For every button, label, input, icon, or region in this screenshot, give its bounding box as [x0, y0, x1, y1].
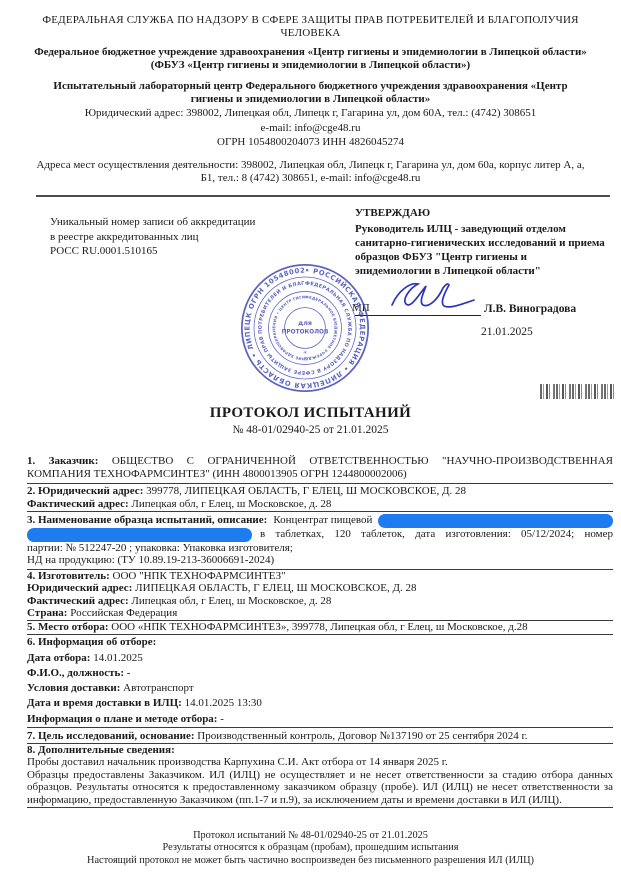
accreditation-line: в реестре аккредитованных лиц [50, 230, 300, 245]
field-label: Условия доставки: [27, 682, 120, 694]
field-value: Липецкая обл, г Елец, ш Московское, д. 2… [131, 595, 331, 607]
section-sampling-place: 5. Место отбора: ООО «НПК ТЕХНОФАРМСИНТЕ… [27, 621, 613, 636]
section-purpose: 7. Цель исследований, основание: Произво… [27, 728, 613, 744]
field-label: 2. Юридический адрес: [27, 485, 143, 497]
section-manufacturer: 4. Изготовитель: ООО "НПК ТЕХНОФАРМСИНТЕ… [27, 570, 613, 621]
field-value: (ТУ 10.89.19-213-36006691-2024) [118, 554, 275, 566]
sections-area: 1. Заказчик: ОБЩЕСТВО С ОГРАНИЧЕННОЙ ОТВ… [27, 453, 613, 808]
section-heading: 8. Дополнительные сведения: [27, 744, 613, 756]
field-value: 14.01.2025 [93, 652, 143, 664]
document-header: ФЕДЕРАЛЬНАЯ СЛУЖБА ПО НАДЗОРУ В СФЕРЕ ЗА… [0, 0, 621, 197]
field-value: ЛИПЕЦКАЯ ОБЛАСТЬ, Г ЕЛЕЦ, Ш МОСКОВСКОЕ, … [135, 582, 416, 594]
field-row: Информация о плане и методе отбора: - [27, 712, 613, 727]
section-sampling-info: 6. Информация об отборе: Дата отбора: 14… [27, 635, 613, 728]
field-label: Страна: [27, 607, 67, 619]
svg-text:ФЕДЕРАЛЬНОЕ БЮДЖЕТНОЕ УЧРЕЖДЕН: ФЕДЕРАЛЬНОЕ БЮДЖЕТНОЕ УЧРЕЖДЕНИЕ ЗДРАВОО… [237, 260, 339, 362]
stamp-center-line2: ПРОТОКОЛОВ [282, 329, 329, 335]
svg-text:ФЕДЕРАЛЬНАЯ СЛУЖБА ПО НАДЗОРУ: ФЕДЕРАЛЬНАЯ СЛУЖБА ПО НАДЗОРУ В СФЕРЕ ЗА… [237, 260, 352, 375]
stamp-star: ✳ [303, 350, 307, 356]
field-row: 2. Юридический адрес: 399778, ЛИПЕЦКАЯ О… [27, 485, 613, 498]
approver-position: Руководитель ИЛЦ - заведующий отделом са… [355, 222, 605, 278]
field-value: Липецкая обл, г Елец, ш Московское, д. 2… [131, 498, 331, 510]
field-label: НД на продукцию: [27, 554, 115, 566]
approver-name: Л.В. Виноградова [484, 303, 576, 315]
field-row: Пробы доставил начальник производства Ка… [27, 756, 613, 768]
stamp-ring-inner-text: ФЕДЕРАЛЬНОЕ БЮДЖЕТНОЕ УЧРЕЖДЕНИЕ ЗДРАВОО… [237, 260, 339, 362]
legal-address: Юридический адрес: 398002, Липецкая обл,… [30, 107, 591, 121]
approval-block: УТВЕРЖДАЮ Руководитель ИЛЦ - заведующий … [355, 206, 605, 278]
footer-line: Настоящий протокол не может быть частичн… [0, 855, 621, 867]
field-label: Фактический адрес: [27, 595, 129, 607]
document-number: № 48-01/02940-25 от 21.01.2025 [0, 424, 621, 436]
field-label: Юридический адрес: [27, 582, 132, 594]
field-label: Ф.И.О., должность: [27, 667, 124, 679]
field-row: Дата отбора: 14.01.2025 [27, 651, 613, 666]
field-row: партии: № 512247-20 ; упаковка: Упаковка… [27, 542, 613, 555]
field-row: 4. Изготовитель: ООО "НПК ТЕХНОФАРМСИНТЕ… [27, 570, 613, 582]
field-row: Страна: Российская Федерация [27, 607, 613, 619]
title-block: ПРОТОКОЛ ИСПЫТАНИЙ № 48-01/02940-25 от 2… [0, 405, 621, 436]
field-value: Автотранспорт [123, 682, 194, 694]
barcode [540, 384, 617, 399]
field-label: 7. Цель исследований, основание: [27, 730, 195, 742]
field-value: 14.01.2025 13:30 [185, 697, 262, 709]
federal-service-name: ФЕДЕРАЛЬНАЯ СЛУЖБА ПО НАДЗОРУ В СФЕРЕ ЗА… [36, 0, 585, 40]
field-row: в таблетках, 120 таблеток, дата изготовл… [27, 528, 613, 542]
approval-title: УТВЕРЖДАЮ [355, 206, 605, 220]
section-heading: 6. Информация об отборе: [27, 635, 613, 650]
accreditation-block: Уникальный номер записи об аккредитации … [50, 215, 300, 259]
field-label: Дата отбора: [27, 652, 90, 664]
field-value: ООО «НПК ТЕХНОФАРМСИНТЕЗ», 399778, Липец… [111, 621, 527, 633]
field-row: Условия доставки: Автотранспорт [27, 681, 613, 696]
field-row: Ф.И.О., должность: - [27, 666, 613, 681]
field-label: Фактический адрес: [27, 498, 129, 510]
protocol-document: ФЕДЕРАЛЬНАЯ СЛУЖБА ПО НАДЗОРУ В СФЕРЕ ЗА… [0, 0, 621, 878]
disclaimer-paragraph: Образцы предоставлены Заказчиком. ИЛ (ИЛ… [27, 769, 613, 806]
field-value: в таблетках, 120 таблеток, дата изготовл… [260, 528, 613, 541]
field-value: Российская Федерация [70, 607, 177, 619]
section-customer: 1. Заказчик: ОБЩЕСТВО С ОГРАНИЧЕННОЙ ОТВ… [27, 453, 613, 484]
ogrn-inn: ОГРН 1054800204073 ИНН 4826045274 [30, 136, 591, 150]
field-row: Фактический адрес: Липецкая обл, г Елец,… [27, 498, 613, 511]
approval-date: 21.01.2025 [481, 326, 533, 338]
footer-line: Протокол испытаний № 48-01/02940-25 от 2… [0, 830, 621, 842]
field-row: 3. Наименование образца испытаний, описа… [27, 514, 613, 528]
svg-text:• РОССИЙСКАЯ ФЕДЕРАЦИЯ • ЛИПЕЦ: • РОССИЙСКАЯ ФЕДЕРАЦИЯ • ЛИПЕЦКАЯ ОБЛАСТ… [237, 260, 366, 389]
field-value: - [220, 713, 224, 725]
field-label: 1. Заказчик: [27, 455, 98, 467]
stamp-center-line1: для [298, 320, 312, 327]
field-value: ООО "НПК ТЕХНОФАРМСИНТЕЗ" [113, 570, 286, 582]
field-row: Юридический адрес: ЛИПЕЦКАЯ ОБЛАСТЬ, Г Е… [27, 582, 613, 594]
section-customer-address: 2. Юридический адрес: 399778, ЛИПЕЦКАЯ О… [27, 484, 613, 512]
field-value: Концентрат пищевой [273, 514, 372, 527]
field-label: Дата и время доставки в ИЛЦ: [27, 697, 182, 709]
accreditation-line: Уникальный номер записи об аккредитации [50, 215, 300, 230]
email: e-mail: info@cge48.ru [30, 122, 591, 136]
section-sample: 3. Наименование образца испытаний, описа… [27, 512, 613, 570]
footer-line: Результаты относятся к образцам (пробам)… [0, 842, 621, 854]
accreditation-number: РОСС RU.0001.510165 [50, 244, 300, 259]
field-row: Дата и время доставки в ИЛЦ: 14.01.2025 … [27, 696, 613, 711]
activity-addresses: Адреса мест осуществления деятельности: … [34, 159, 587, 186]
field-value: 399778, ЛИПЕЦКАЯ ОБЛАСТЬ, Г ЕЛЕЦ, Ш МОСК… [146, 485, 466, 497]
round-stamp-icon: • РОССИЙСКАЯ ФЕДЕРАЦИЯ • ЛИПЕЦКАЯ ОБЛАСТ… [237, 260, 373, 396]
document-footer: Протокол испытаний № 48-01/02940-25 от 2… [0, 830, 621, 867]
field-value: ОБЩЕСТВО С ОГРАНИЧЕННОЙ ОТВЕТСТВЕННОСТЬЮ… [27, 455, 613, 480]
redaction-bar [27, 528, 252, 542]
field-value: - [127, 667, 131, 679]
organization-name: Федеральное бюджетное учреждение здравоо… [28, 46, 593, 72]
stamp-ring-outer-text: • РОССИЙСКАЯ ФЕДЕРАЦИЯ • ЛИПЕЦКАЯ ОБЛАСТ… [237, 260, 366, 389]
stamp-ring-middle-text: ФЕДЕРАЛЬНАЯ СЛУЖБА ПО НАДЗОРУ В СФЕРЕ ЗА… [237, 260, 352, 375]
document-title: ПРОТОКОЛ ИСПЫТАНИЙ [0, 405, 621, 422]
field-label: 3. Наименование образца испытаний, описа… [27, 514, 267, 527]
field-row: НД на продукцию: (ТУ 10.89.19-213-360066… [27, 554, 613, 567]
field-value: Производственный контроль, Договор №1371… [197, 730, 527, 742]
field-row: Фактический адрес: Липецкая обл, г Елец,… [27, 595, 613, 607]
signature-icon [388, 279, 478, 313]
approval-area: Уникальный номер записи об аккредитации … [0, 193, 621, 405]
redaction-bar [378, 514, 613, 528]
field-label: 4. Изготовитель: [27, 570, 110, 582]
field-label: Информация о плане и методе отбора: [27, 713, 217, 725]
field-label: 5. Место отбора: [27, 621, 109, 633]
laboratory-center-name: Испытательный лабораторный центр Федерал… [40, 80, 581, 106]
stamp-star: ✳ [303, 356, 307, 362]
section-additional-info: 8. Дополнительные сведения: Пробы достав… [27, 744, 613, 808]
